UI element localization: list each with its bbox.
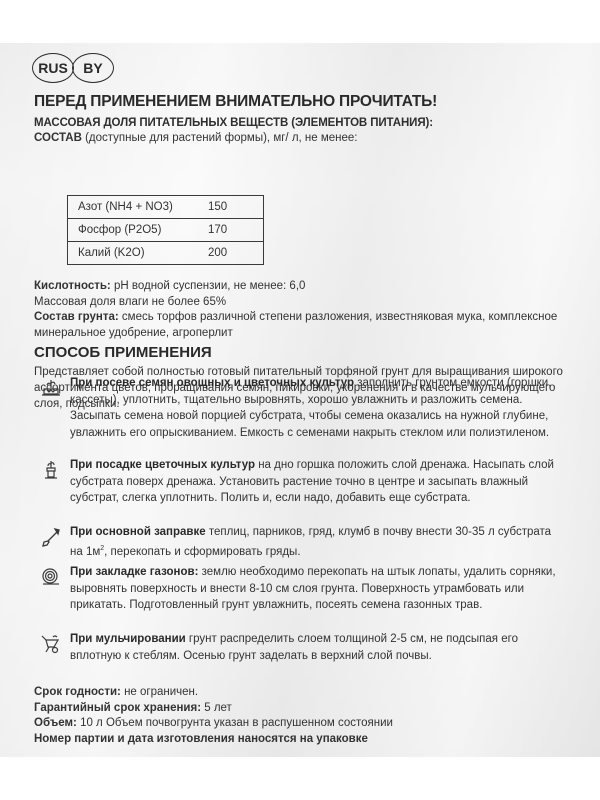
moisture-line: Массовая доля влаги не более 65%: [34, 295, 574, 311]
step-title: При посадке цветочных культур: [70, 459, 255, 471]
step-seeding: При посеве семян овощных и цветочных кул…: [40, 375, 560, 441]
composition-line: СОСТАВ (доступные для растений формы), м…: [34, 132, 358, 144]
shelf-life-line: Срок годности: не ограничен.: [34, 685, 574, 701]
composition-text: (доступные для растений формы), мг/ л, н…: [82, 132, 358, 144]
step-title: При мульчировании: [70, 633, 186, 645]
step-main-dressing: При основной заправке теплиц, парников, …: [40, 524, 560, 560]
batch-note: Номер партии и дата изготовления наносят…: [34, 732, 574, 748]
shelf-life-label: Срок годности:: [34, 686, 121, 698]
storage-line: Гарантийный срок хранения: 5 лет: [34, 701, 574, 717]
storage-label: Гарантийный срок хранения:: [34, 702, 201, 714]
nutrient-value: 150: [208, 196, 264, 219]
nutrient-name: Фосфор (P2O5): [68, 219, 209, 242]
volume-label: Объем:: [34, 717, 77, 729]
volume-line: Объем: 10 л Объем почвогрунта указан в р…: [34, 716, 574, 732]
wheelbarrow-icon: [40, 633, 66, 655]
footer-info: Срок годности: не ограничен. Гарантийный…: [34, 685, 574, 747]
nutrient-table: Азот (NH4 + NO3) 150 Фосфор (P2O5) 170 К…: [67, 195, 264, 265]
nutrient-mass-title: МАССОВАЯ ДОЛЯ ПИТАТЕЛЬНЫХ ВЕЩЕСТВ (ЭЛЕМЕ…: [34, 117, 433, 129]
step-text: При мульчировании грунт распределить сло…: [70, 631, 560, 664]
country-badges: RUS BY: [32, 53, 112, 83]
storage-value: 5 лет: [201, 702, 232, 714]
step-lawns: При закладке газонов: землю необходимо п…: [40, 564, 560, 614]
acidity-label: Кислотность:: [34, 280, 111, 292]
acidity-text: pH водной суспензии, не менее: 6,0: [111, 280, 306, 292]
step-text: При основной заправке теплиц, парников, …: [70, 524, 560, 560]
badge-rus: RUS: [32, 53, 74, 83]
table-row: Фосфор (P2O5) 170: [68, 219, 264, 242]
table-row: Калий (K2O) 200: [68, 242, 264, 265]
step-body-end: , перекопать и сформировать гряды.: [104, 545, 300, 557]
potted-plant-icon: [40, 459, 66, 481]
step-mulching: При мульчировании грунт распределить сло…: [40, 631, 560, 664]
seedling-tray-icon: [40, 377, 66, 399]
nutrient-name: Азот (NH4 + NO3): [68, 196, 209, 219]
soil-properties: Кислотность: pH водной суспензии, не мен…: [34, 279, 574, 341]
method-title: СПОСОБ ПРИМЕНЕНИЯ: [34, 344, 212, 361]
step-text: При посеве семян овощных и цветочных кул…: [70, 375, 560, 441]
step-title: При основной заправке: [70, 526, 206, 538]
nutrient-name: Калий (K2O): [68, 242, 209, 265]
shovel-icon: [40, 526, 66, 548]
nutrient-value: 200: [208, 242, 264, 265]
nutrient-value: 170: [208, 219, 264, 242]
table-row: Азот (NH4 + NO3) 150: [68, 196, 264, 219]
step-planting: При посадке цветочных культур на дно гор…: [40, 457, 560, 507]
volume-value: 10 л Объем почвогрунта указан в распушен…: [77, 717, 393, 729]
package-label: RUS BY ПЕРЕД ПРИМЕНЕНИЕМ ВНИМАТЕЛЬНО ПРО…: [0, 43, 600, 757]
step-title: При закладке газонов:: [70, 566, 198, 578]
lawn-roll-icon: [40, 566, 66, 588]
shelf-life-value: не ограничен.: [121, 686, 198, 698]
step-title: При посеве семян овощных и цветочных кул…: [70, 377, 354, 389]
step-text: При посадке цветочных культур на дно гор…: [70, 457, 560, 507]
badge-by: BY: [72, 53, 114, 83]
warning-heading: ПЕРЕД ПРИМЕНЕНИЕМ ВНИМАТЕЛЬНО ПРОЧИТАТЬ!: [34, 93, 437, 111]
soil-composition-line: Состав грунта: смесь торфов различной ст…: [34, 310, 574, 341]
acidity-line: Кислотность: pH водной суспензии, не мен…: [34, 279, 574, 295]
step-text: При закладке газонов: землю необходимо п…: [70, 564, 560, 614]
soil-label: Состав грунта:: [34, 311, 119, 323]
composition-label: СОСТАВ: [34, 132, 82, 144]
